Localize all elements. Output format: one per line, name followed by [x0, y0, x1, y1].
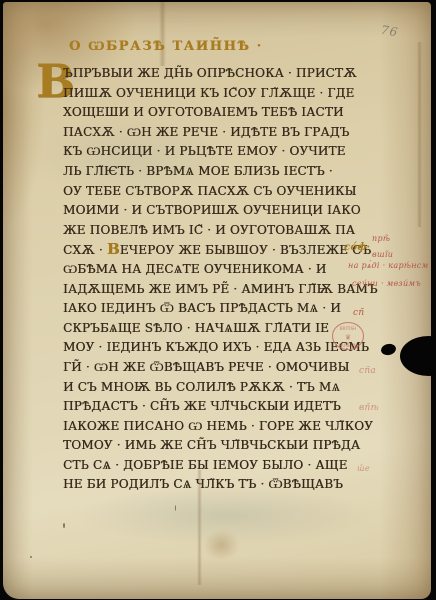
text-line: СТЬ СѦ · ДОБРѢІЕ БЫ ІЕМОУ БЫЛО · АЩЕ: [63, 456, 363, 476]
parchment-crease: [417, 42, 422, 227]
text-segment: ЕЧЕРОУ ЖЕ БЫВШОУ · ВЪЗЛЕЖЕ СЪ: [120, 243, 372, 257]
text-segment: ТОМОУ · ИМЬ ЖЕ СН̃Ъ ЧЛ̃ВЧЬСКЫИ ПРѢДА: [63, 438, 360, 452]
text-segment: НЕ БИ РОДИЛЪ СѦ ЧЛ̃КЪ ТЪ · ѾВѢЩАВЪ: [63, 477, 343, 491]
text-segment: СХѪ ·: [63, 243, 107, 257]
text-segment: МОУ · ІЕДИНЪ КЪЖДО ИХЪ · ЕДА АЗЬ ІЕСМЬ: [63, 340, 369, 354]
text-line: НЕ БИ РОДИЛЪ СѦ ЧЛ̃КЪ ТЪ · ѾВѢЩАВЪ: [63, 475, 363, 495]
text-line: ІАКОЖЕ ПИСАНО Ѡ НЕМЬ · ГОРЕ ЖЕ ЧЛ̃КОУ: [63, 417, 363, 437]
text-block: ЪПРЪВЫИ ЖЕ ДН̃Ь ОПРѢСНОКА · ПРИСТѪПИШѪ О…: [63, 64, 363, 495]
text-segment: ХОЩЕШИ И ОУГОТОВАІЕМЪ ТЕБѢ ІАСТИ: [63, 105, 344, 119]
text-line: ЪПРЪВЫИ ЖЕ ДН̃Ь ОПРѢСНОКА · ПРИСТѪ: [63, 64, 363, 84]
text-segment: ПАСХѪ · ѠН ЖЕ РЕЧЕ · ИДѢТЕ ВЪ ГРАДЪ: [63, 125, 349, 139]
manuscript-page: О ѠБРАЗѢ ТАИН̃НѢ · В ЪПРЪВЫИ ЖЕ ДН̃Ь ОПР…: [3, 2, 431, 599]
text-segment: СКРЪБѦЩЕ ЅѢЛО · НАЧѦШѪ ГЛ̃АТИ ІЕ: [63, 321, 329, 335]
text-line: ЖЕ ПОВЕЛѢ ИМЪ ІС̃ · И ОУГОТОВАШѪ ПА: [63, 221, 363, 241]
text-segment: ОУ ТЕБЕ СЪТВОРѪ ПАСХѪ СЪ ОУЧЕНИКЫ: [63, 184, 357, 198]
text-line: ѠБѢМА НА ДЕСѦТЕ ОУЧЕНИКОМА · И: [63, 260, 363, 280]
text-line: ПАСХѪ · ѠН ЖЕ РЕЧЕ · ИДѢТЕ ВЪ ГРАДЪ: [63, 123, 363, 143]
text-segment: МОИМИ · И СЪТВОРИШѪ ОУЧЕНИЦИ ІАКО: [63, 203, 361, 217]
text-segment: ПИШѪ ОУЧЕНИЦИ КЪ ІС̃ОУ ГЛ̃ѪЩЕ · ГДЕ: [63, 86, 354, 100]
text-line: ЛЬ ГЛ̃ѤТЬ · ВРѢМѦ МОЕ БЛИЗЬ ІЕСТЪ ·: [63, 162, 363, 182]
text-line: ПРѢДАСТЪ · СН̃Ъ ЖЕ ЧЛ̃ЧЬСКЫИ ИДЕТЪ: [63, 397, 363, 417]
text-segment: ѠБѢМА НА ДЕСѦТЕ ОУЧЕНИКОМА · И: [63, 262, 326, 276]
text-segment: ЖЕ ПОВЕЛѢ ИМЪ ІС̃ · И ОУГОТОВАШѪ ПА: [63, 223, 355, 237]
text-line: ГИ̃ · ѠН ЖЕ ѾВѢЩАВЪ РЕЧЕ · ОМОЧИВЫ: [63, 358, 363, 378]
text-segment: ІАДѪЩЕМЬ ЖЕ ИМЪ РЕ̃ · АМИНЪ ГЛ̃Ѭ ВАМЪ: [63, 282, 378, 296]
chapter-heading: О ѠБРАЗѢ ТАИН̃НѢ ·: [69, 38, 263, 54]
text-line: ХОЩЕШИ И ОУГОТОВАІЕМЪ ТЕБѢ ІАСТИ: [63, 103, 363, 123]
text-line: И СЪ МНОѬ ВЬ СОЛИЛѢ РѪКѪ · ТЪ МѦ: [63, 378, 363, 398]
text-line: СХѪ · ВЕЧЕРОУ ЖЕ БЫВШОУ · ВЪЗЛЕЖЕ СЪ: [63, 240, 363, 260]
text-segment: ГИ̃ · ѠН ЖЕ ѾВѢЩАВЪ РЕЧЕ · ОМОЧИВЫ: [63, 360, 349, 374]
text-line: ІАДѪЩЕМЬ ЖЕ ИМЪ РЕ̃ · АМИНЪ ГЛ̃Ѭ ВАМЪ: [63, 280, 363, 300]
text-line: ІАКО ІЕДИНЪ Ѿ ВАСЪ ПРѢДАСТЬ МѦ · И: [63, 299, 363, 319]
text-segment: ІАКО ІЕДИНЪ Ѿ ВАСЪ ПРѢДАСТЬ МѦ · И: [63, 301, 341, 315]
text-segment: КЪ ѠНСИЦИ · И РЬЦѢТЕ ЕМОУ · ОУЧИТЕ: [63, 144, 346, 158]
manuscript-photo: { "photo": { "backdrop_color": "#060606"…: [0, 0, 436, 600]
text-segment: ЪПРЪВЫИ ЖЕ ДН̃Ь ОПРѢСНОКА · ПРИСТѪ: [63, 66, 357, 80]
parchment-crease: [159, 2, 166, 66]
text-segment: ПРѢДАСТЪ · СН̃Ъ ЖЕ ЧЛ̃ЧЬСКЫИ ИДЕТЪ: [63, 399, 341, 413]
text-line: ТОМОУ · ИМЬ ЖЕ СН̃Ъ ЧЛ̃ВЧЬСКЫИ ПРѢДА: [63, 436, 363, 456]
text-line: МОИМИ · И СЪТВОРИШѪ ОУЧЕНИЦИ ІАКО: [63, 201, 363, 221]
text-segment: ІАКОЖЕ ПИСАНО Ѡ НЕМЬ · ГОРЕ ЖЕ ЧЛ̃КОУ: [63, 419, 373, 433]
text-line: ПИШѪ ОУЧЕНИЦИ КЪ ІС̃ОУ ГЛ̃ѪЩЕ · ГДЕ: [63, 84, 363, 104]
text-line: МОУ · ІЕДИНЪ КЪЖДО ИХЪ · ЕДА АЗЬ ІЕСМЬ: [63, 338, 363, 358]
inline-gold-initial: В: [107, 240, 120, 258]
text-line: ОУ ТЕБЕ СЪТВОРѪ ПАСХѪ СЪ ОУЧЕНИКЫ: [63, 182, 363, 202]
text-segment: СТЬ СѦ · ДОБРѢІЕ БЫ ІЕМОУ БЫЛО · АЩЕ: [63, 458, 348, 472]
text-segment: ЛЬ ГЛ̃ѤТЬ · ВРѢМѦ МОЕ БЛИЗЬ ІЕСТЪ ·: [63, 164, 333, 178]
text-segment: И СЪ МНОѬ ВЬ СОЛИЛѢ РѪКѪ · ТЪ МѦ: [63, 380, 340, 394]
text-line: КЪ ѠНСИЦИ · И РЬЦѢТЕ ЕМОУ · ОУЧИТЕ: [63, 142, 363, 162]
text-line: СКРЪБѦЩЕ ЅѢЛО · НАЧѦШѪ ГЛ̃АТИ ІЕ: [63, 319, 363, 339]
